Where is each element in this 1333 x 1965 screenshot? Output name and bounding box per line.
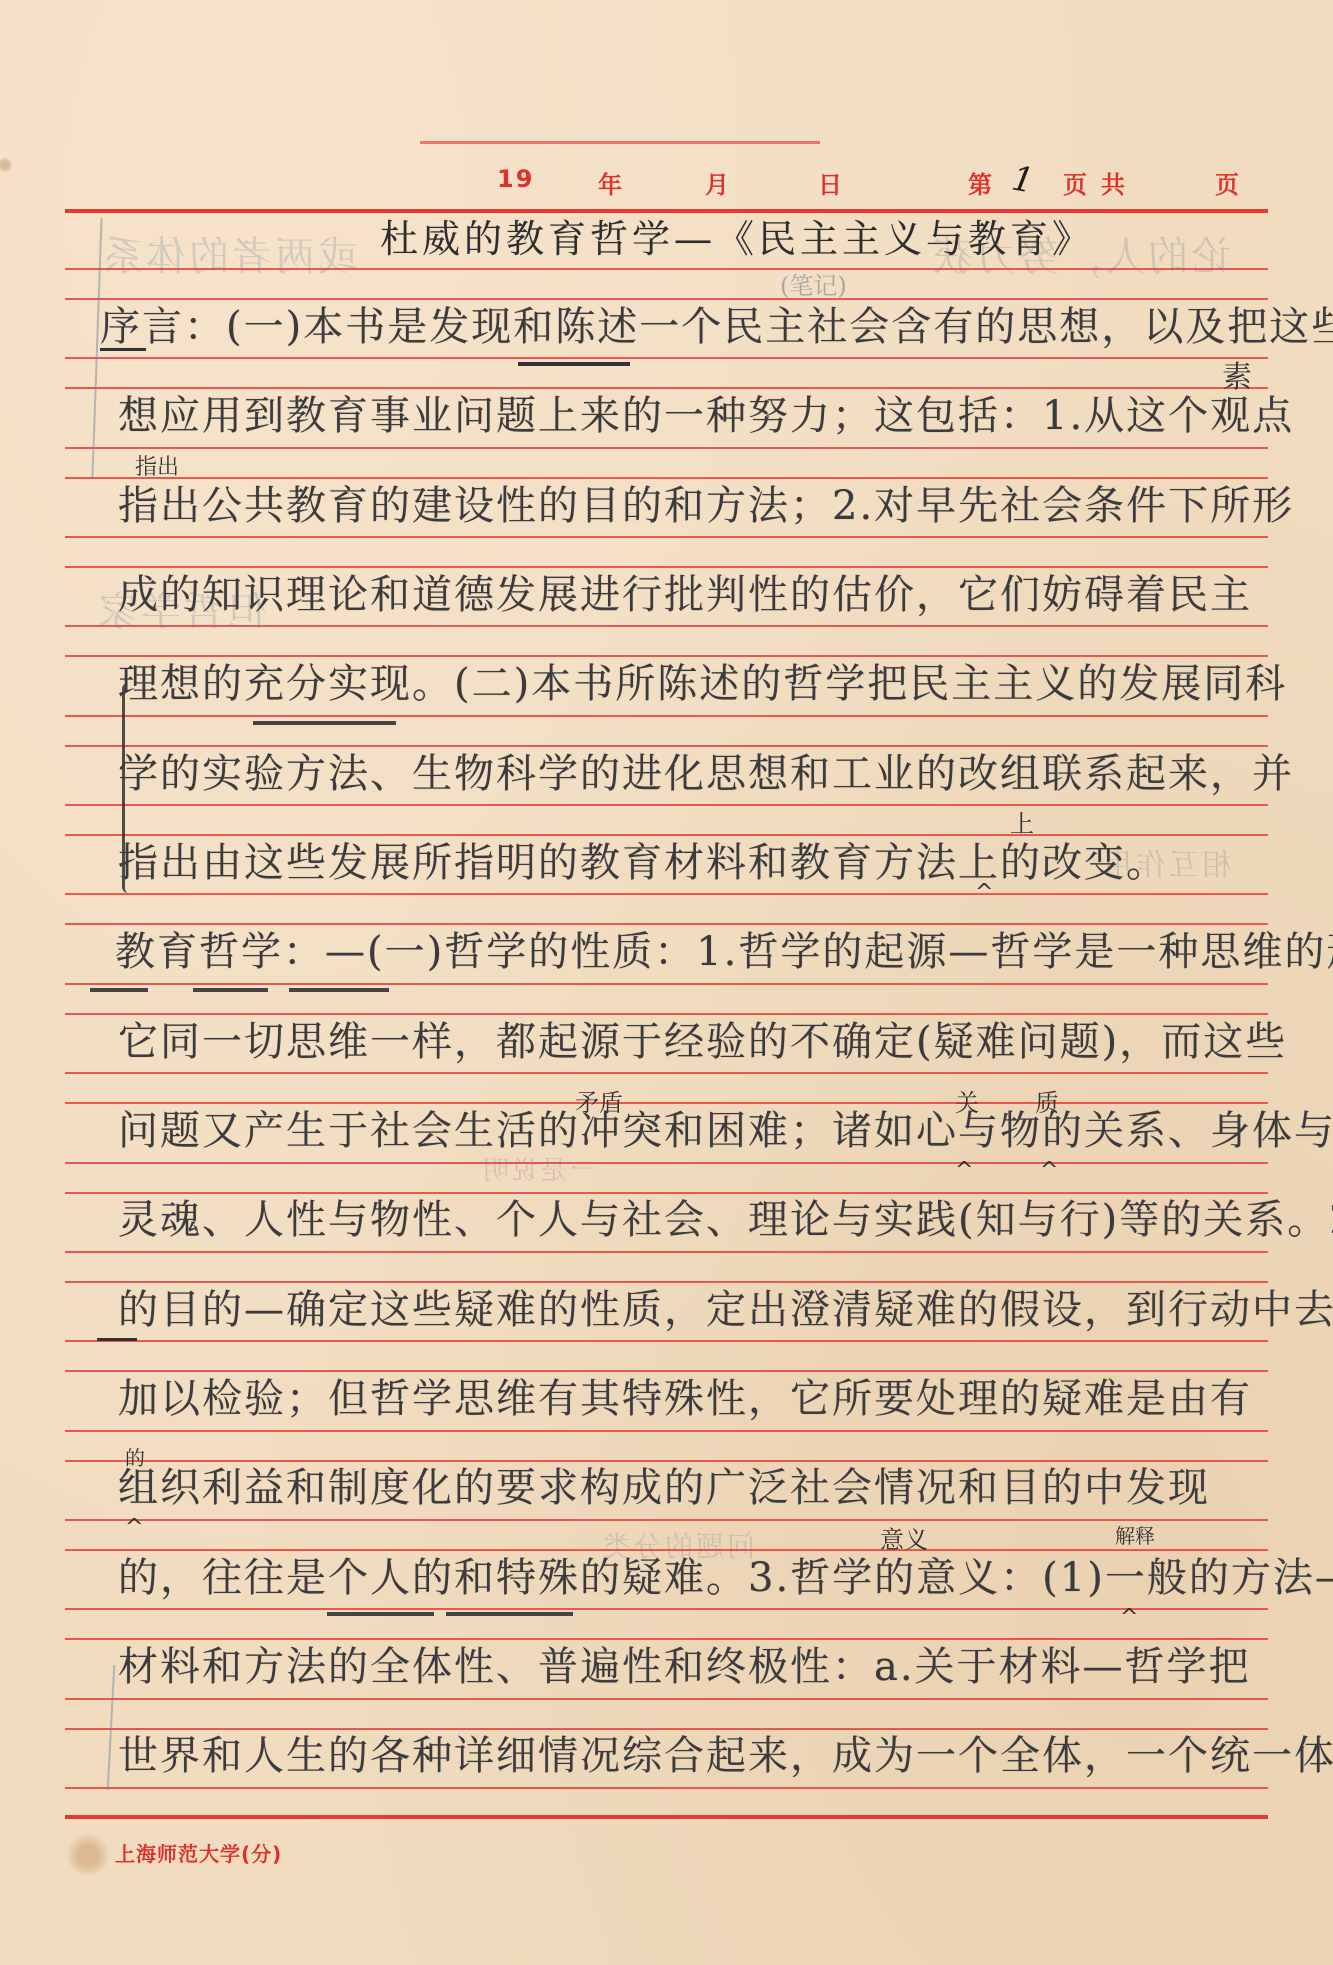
handwritten-line: 教育哲学：—(一)哲学的性质：1.哲学的起源—哲学是一种思维的形式， <box>115 923 1255 981</box>
ruled-line <box>65 1698 1268 1700</box>
underline-mark <box>97 1338 137 1341</box>
notebook-page: 或两者的体系 论的人，努力获 但哲学家 相互作用 一是说明 问题的分类 19 年… <box>0 0 1333 1965</box>
ruled-line <box>65 1519 1268 1521</box>
annotation: 的 <box>125 1442 145 1471</box>
underline-mark <box>90 988 148 992</box>
underline-mark <box>253 721 396 725</box>
header-month-label: 月 <box>705 165 731 200</box>
insertion-caret-icon: ^ <box>125 1515 143 1540</box>
insertion-caret-icon: ^ <box>1120 1605 1138 1630</box>
annotation: 指出 <box>135 450 179 481</box>
handwritten-line: 指出公共教育的建设性的目的和方法；2.对早先社会条件下所形 <box>118 477 1258 535</box>
ruled-line <box>65 536 1268 538</box>
header-total-label: 页 <box>1215 165 1241 200</box>
ruled-line <box>65 1608 1268 1610</box>
ruled-line <box>65 983 1268 985</box>
ruled-line <box>65 447 1268 449</box>
ruled-line <box>65 1072 1268 1074</box>
underline-mark <box>193 988 268 992</box>
handwritten-line: 学的实验方法、生物科学的进化思想和工业的改组联系起来，并 <box>118 745 1258 803</box>
ruled-line <box>65 804 1268 806</box>
annotation: 矛盾 <box>575 1083 623 1118</box>
bleed-through-text: 或两者的体系 <box>100 225 358 282</box>
annotation: 上 <box>1010 804 1034 839</box>
ruled-line <box>65 715 1268 717</box>
handwritten-line: 的目的—确定这些疑难的性质，定出澄清疑难的假设，到行动中去 <box>118 1281 1258 1339</box>
footer-thick-rule <box>65 1815 1268 1819</box>
handwritten-line: 世界和人生的各种详细情况综合起来，成为一个全体，一个统一体 <box>118 1727 1258 1785</box>
underline-mark <box>446 1612 573 1616</box>
handwritten-line: 组织利益和制度化的要求构成的广泛社会情况和目的中发现 <box>118 1459 1258 1517</box>
header-short-rule <box>420 141 820 144</box>
handwritten-line: 的，往往是个人的和特殊的疑难。3.哲学的意义：(1)一般的方法— <box>118 1549 1258 1607</box>
insertion-caret-icon: ^ <box>955 1158 973 1183</box>
handwritten-line: 它同一切思维一样，都起源于经验的不确定(疑难问题)，而这些 <box>118 1013 1258 1071</box>
ruled-line <box>65 1251 1268 1253</box>
handwritten-line: 指出由这些发展所指明的教育材料和教育方法上的改变。 <box>118 834 1258 892</box>
annotation: 关 <box>955 1083 979 1118</box>
ruled-line <box>65 1430 1268 1432</box>
header-year-prefix: 19 <box>497 165 534 193</box>
header-year-label: 年 <box>598 165 624 200</box>
header-page-label: 页共 <box>1063 165 1139 200</box>
insertion-caret-icon: ^ <box>1040 1158 1058 1183</box>
handwritten-line: 材料和方法的全体性、普遍性和终极性：a.关于材料—哲学把 <box>118 1638 1258 1696</box>
handwritten-line: 序言：(一)本书是发现和陈述一个民主社会含有的思想，以及把这些思 <box>100 298 1240 356</box>
document-title: 杜威的教育哲学—《民主主义与教育》 <box>380 210 1333 268</box>
header-day-label: 日 <box>818 165 844 200</box>
annotation: 素 <box>1222 352 1252 396</box>
page-number-handwritten: 1 <box>1009 158 1037 201</box>
underline-mark <box>327 1612 434 1616</box>
underline-mark <box>518 362 630 366</box>
annotation: 意义 <box>880 1520 928 1555</box>
handwritten-line: 想应用到教育事业问题上来的一种努力；这包括：1.从这个观点 <box>118 387 1258 445</box>
underline-mark <box>289 988 389 992</box>
handwritten-line: 理想的充分实现。(二)本书所陈述的哲学把民主主义的发展同科 <box>118 655 1258 713</box>
annotation: 质 <box>1035 1083 1059 1118</box>
ruled-line <box>65 893 1268 895</box>
annotation: 解释 <box>1115 1520 1155 1549</box>
insertion-caret-icon: ^ <box>975 880 993 905</box>
handwritten-line: 问题又产生于社会生活的冲突和困难；诸如心与物的关系、身体与 <box>118 1102 1258 1160</box>
annotation: (笔记) <box>780 266 847 301</box>
ruled-line <box>65 1787 1268 1789</box>
ruled-line <box>65 1162 1268 1164</box>
underline-mark <box>100 348 146 351</box>
handwritten-line: 成的知识理论和道德发展进行批判性的估价，它们妨碍着民主 <box>118 566 1258 624</box>
header-page-prefix: 第 <box>968 165 994 200</box>
ruled-line <box>65 1340 1268 1342</box>
publisher-footer: 上海师范大学(分) <box>115 1838 282 1867</box>
handwritten-line: 加以检验；但哲学思维有其特殊性，它所要处理的疑难是由有 <box>118 1370 1258 1428</box>
ruled-line <box>65 357 1268 359</box>
handwritten-line: 灵魂、人性与物性、个人与社会、理论与实践(知与行)等的关系。2.哲学 <box>118 1191 1258 1249</box>
